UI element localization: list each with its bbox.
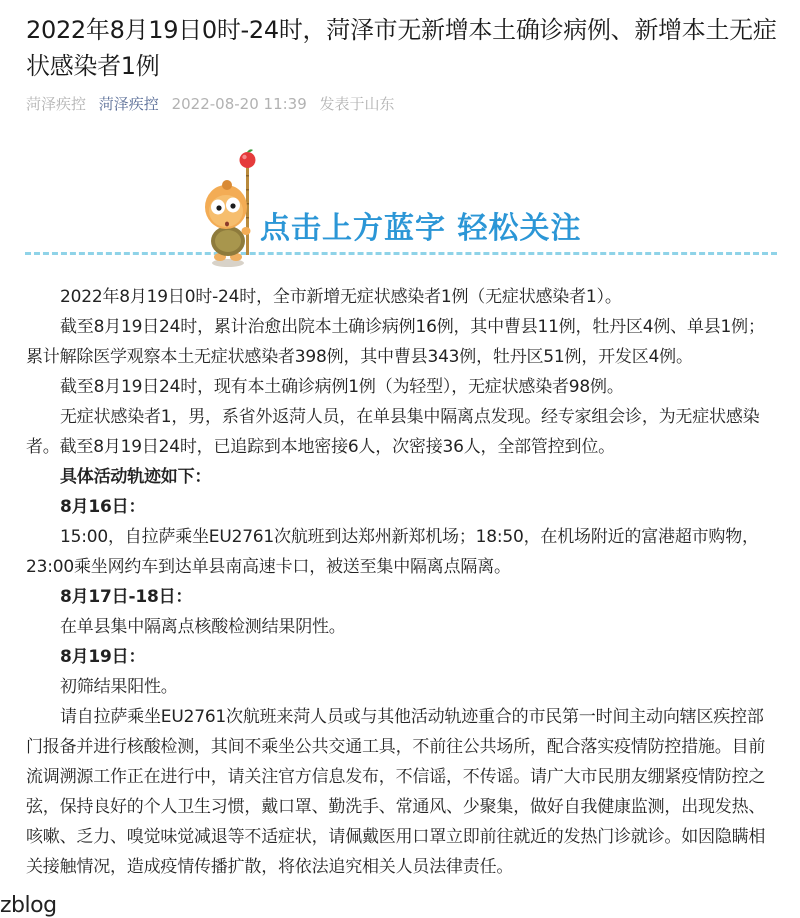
paragraph-current-cases: 截至8月19日24时，现有本土确诊病例1例（为轻型），无症状感染者98例。: [26, 372, 778, 402]
heading-activity-trace: 具体活动轨迹如下：: [26, 462, 778, 492]
publish-time: 2022-08-20 11:39: [172, 95, 307, 113]
article: 2022年8月19日0时-24时，菏泽市无新增本土确诊病例、新增本土无症状感染者…: [0, 0, 800, 918]
paragraph-case-details: 无症状感染者1，男，系省外返菏人员，在单县集中隔离点发现。经专家组会诊，为无症状…: [26, 402, 778, 462]
paragraph-new-cases: 2022年8月19日0时-24时，全市新增无症状感染者1例（无症状感染者1）。: [26, 282, 778, 312]
turtle-mascot-icon: [200, 145, 272, 270]
publish-location: 发表于山东: [320, 95, 395, 113]
follow-prompt-text[interactable]: 点击上方蓝字 轻松关注: [260, 211, 581, 247]
article-body: 2022年8月19日0时-24时，全市新增无症状感染者1例（无症状感染者1）。 …: [26, 282, 778, 882]
paragraph-cumulative-recovered: 截至8月19日24时，累计治愈出院本土确诊病例16例，其中曹县11例，牡丹区4例…: [26, 312, 778, 372]
heading-date-aug17-18: 8月17日-18日：: [26, 582, 778, 612]
paragraph-public-notice: 请自拉萨乘坐EU2761次航班来菏人员或与其他活动轨迹重合的市民第一时间主动向辖…: [26, 702, 778, 882]
article-meta: 菏泽疾控 菏泽疾控 2022-08-20 11:39 发表于山东: [26, 93, 403, 115]
paragraph-aug16-activity: 15:00，自拉萨乘坐EU2761次航班到达郑州新郑机场；18:50，在机场附近…: [26, 522, 778, 582]
paragraph-aug17-18-activity: 在单县集中隔离点核酸检测结果阴性。: [26, 612, 778, 642]
watermark-text: zblog: [0, 893, 57, 918]
heading-date-aug16: 8月16日：: [26, 492, 778, 522]
follow-banner[interactable]: 点击上方蓝字 轻松关注: [25, 145, 777, 270]
dashed-divider: [25, 252, 777, 255]
article-title: 2022年8月19日0时-24时，菏泽市无新增本土确诊病例、新增本土无症状感染者…: [26, 12, 786, 84]
heading-date-aug19: 8月19日：: [26, 642, 778, 672]
paragraph-aug19-activity: 初筛结果阳性。: [26, 672, 778, 702]
account-name-link[interactable]: 菏泽疾控: [99, 95, 159, 113]
author-name: 菏泽疾控: [26, 95, 86, 113]
